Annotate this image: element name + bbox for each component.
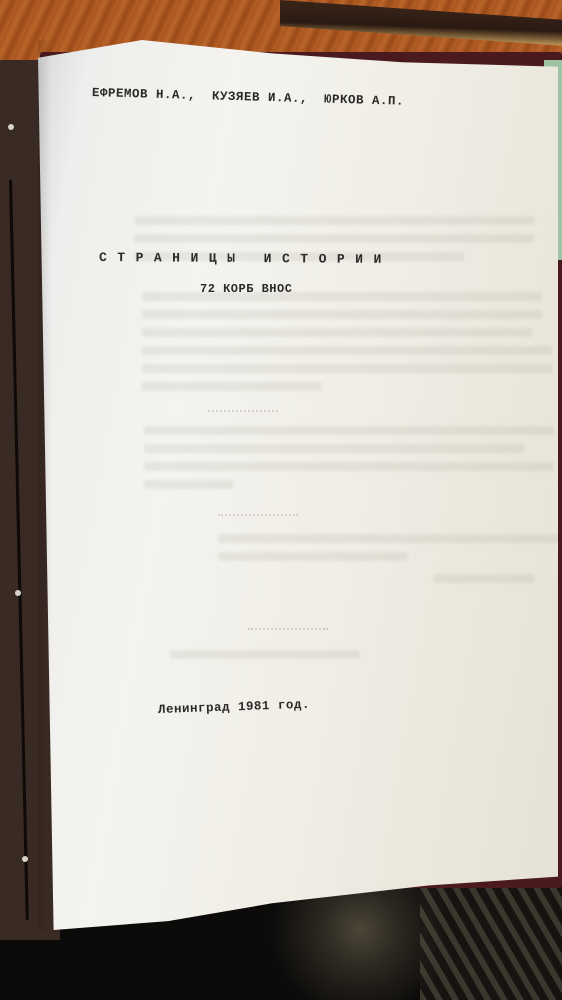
page-shadow bbox=[38, 40, 52, 930]
binding-cord bbox=[9, 180, 29, 920]
rivet bbox=[15, 590, 21, 596]
show-through-line bbox=[142, 382, 322, 391]
rivet bbox=[8, 124, 14, 130]
show-through-line bbox=[142, 346, 552, 355]
show-through-line bbox=[134, 234, 534, 243]
rivet bbox=[22, 856, 28, 862]
show-through-line bbox=[142, 328, 532, 337]
show-through-line bbox=[142, 310, 542, 319]
show-through-dots bbox=[208, 410, 278, 412]
show-through-line bbox=[434, 574, 534, 583]
rug-pattern bbox=[420, 880, 562, 1000]
document-page bbox=[38, 40, 558, 930]
document-title: СТРАНИЦЫ ИСТОРИИ bbox=[99, 250, 392, 267]
show-through-line bbox=[144, 444, 524, 453]
show-through-line bbox=[218, 534, 558, 543]
show-through-line bbox=[142, 364, 552, 373]
show-through-line bbox=[218, 552, 408, 561]
show-through-line bbox=[144, 462, 554, 471]
show-through-line bbox=[144, 426, 554, 435]
show-through-dots bbox=[248, 628, 328, 630]
show-through-line bbox=[144, 480, 234, 489]
document-subtitle: 72 КОРБ ВНОС bbox=[200, 282, 292, 296]
show-through-line bbox=[134, 216, 534, 225]
show-through-line bbox=[170, 650, 360, 659]
show-through-dots bbox=[218, 514, 298, 516]
